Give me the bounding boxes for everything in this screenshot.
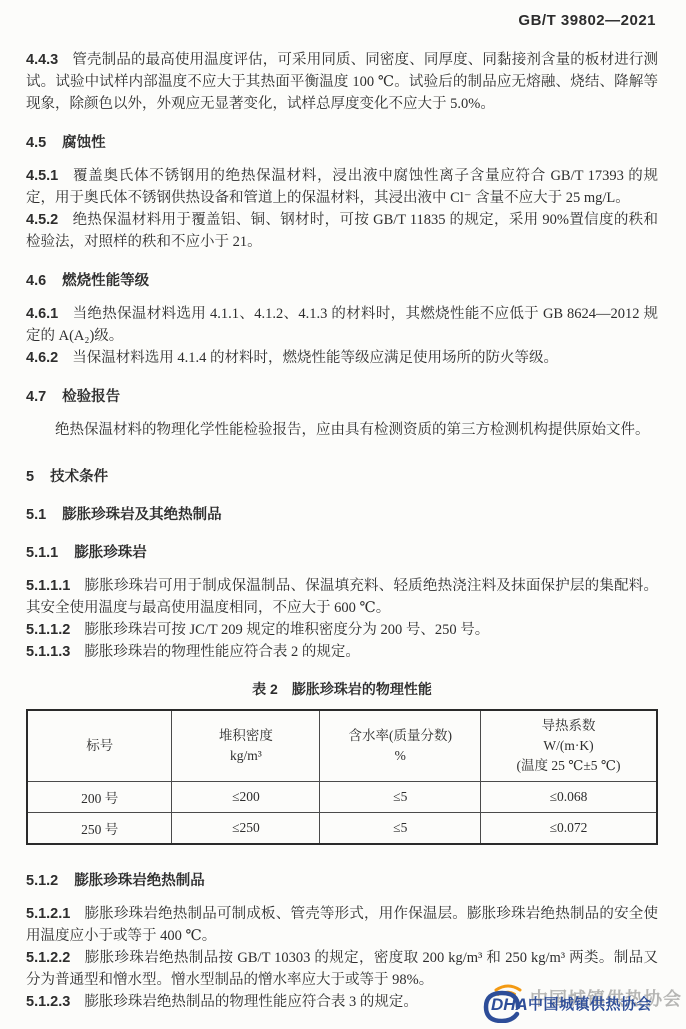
header-line: 含水率(质量分数) [324, 726, 476, 746]
table-cell: ≤250 [172, 813, 320, 845]
heading-title: 膨胀珍珠岩绝热制品 [74, 873, 205, 889]
table-2-caption: 表 2 膨胀珍珠岩的物理性能 [26, 679, 658, 699]
header-line: kg/m³ [176, 746, 315, 766]
clause-text: 当绝热保温材料选用 4.1.1、4.1.2、4.1.3 的材料时，其燃烧性能不应… [26, 306, 658, 344]
clause-number: 4.6.1 [26, 306, 58, 322]
heading-title: 腐蚀性 [62, 135, 106, 151]
clause-number: 5.1.2.3 [26, 994, 70, 1010]
heading-number: 5.1.2 [26, 873, 58, 889]
heading-title: 检验报告 [62, 389, 120, 405]
heading-number: 4.5 [26, 135, 46, 151]
heading-number: 5.1 [26, 507, 46, 523]
heading-number: 4.7 [26, 389, 46, 405]
clause-text: 膨胀珍珠岩的物理性能应符合表 2 的规定。 [84, 644, 360, 660]
table-header-cell-thermal-conductivity: 导热系数 W/(m·K) (温度 25 ℃±5 ℃) [481, 710, 657, 782]
header-line: (温度 25 ℃±5 ℃) [485, 756, 652, 776]
table-cell: 200 号 [27, 782, 172, 813]
clause-text: 膨胀珍珠岩可按 JC/T 209 规定的堆积密度分为 200 号、250 号。 [84, 622, 489, 638]
heading-4-7: 4.7检验报告 [26, 387, 658, 407]
clause-5-1-1-1: 5.1.1.1膨胀珍珠岩可用于制成保温制品、保温填充料、轻质绝热浇注料及抹面保护… [26, 575, 658, 619]
clause-5-1-1-3: 5.1.1.3膨胀珍珠岩的物理性能应符合表 2 的规定。 [26, 641, 658, 663]
table-cell: ≤0.068 [481, 782, 657, 813]
heading-title: 膨胀珍珠岩 [74, 545, 147, 561]
clause-4-5-2: 4.5.2绝热保温材料用于覆盖铝、铜、钢材时，可按 GB/T 11835 的规定… [26, 209, 658, 253]
clause-number: 5.1.1.1 [26, 578, 70, 594]
heading-5-1-1: 5.1.1膨胀珍珠岩 [26, 543, 658, 563]
heading-5: 5技术条件 [26, 467, 658, 487]
table-header-cell-moisture: 含水率(质量分数) % [320, 710, 481, 782]
dha-association-watermark: DHA 中国城镇供热协会 中国城镇供热协会 [480, 979, 670, 1023]
heading-number: 5 [26, 469, 34, 485]
clause-number: 4.5.2 [26, 212, 58, 228]
table-header-cell-bulk-density: 堆积密度 kg/m³ [172, 710, 320, 782]
table-cell: 250 号 [27, 813, 172, 845]
dha-logo-icon: DHA [480, 983, 532, 1023]
clause-text: 覆盖奥氏体不锈钢用的绝热保温材料，浸出液中腐蚀性离子含量应符合 GB/T 173… [26, 168, 658, 206]
clause-text: 管壳制品的最高使用温度评估，可采用同质、同密度、同厚度、同黏接剂含量的板材进行测… [26, 52, 658, 112]
clause-number: 4.6.2 [26, 350, 58, 366]
heading-4-5: 4.5腐蚀性 [26, 133, 658, 153]
clause-4-5-1: 4.5.1覆盖奥氏体不锈钢用的绝热保温材料，浸出液中腐蚀性离子含量应符合 GB/… [26, 165, 658, 209]
clause-number: 5.1.2.1 [26, 906, 70, 922]
clause-text: 膨胀珍珠岩绝热制品可制成板、管壳等形式，用作保温层。膨胀珍珠岩绝热制品的安全使用… [26, 906, 658, 944]
table-header-row: 标号 堆积密度 kg/m³ 含水率(质量分数) % 导热系数 W/(m·K) (… [27, 710, 657, 782]
clause-5-1-1-2: 5.1.1.2膨胀珍珠岩可按 JC/T 209 规定的堆积密度分为 200 号、… [26, 619, 658, 641]
clause-text: 绝热保温材料的物理化学性能检验报告，应由具有检测资质的第三方检测机构提供原始文件… [55, 422, 650, 438]
clause-text: 膨胀珍珠岩绝热制品的物理性能应符合表 3 的规定。 [84, 994, 418, 1010]
heading-5-1: 5.1膨胀珍珠岩及其绝热制品 [26, 505, 658, 525]
heading-title: 技术条件 [50, 469, 108, 485]
heading-4-6: 4.6燃烧性能等级 [26, 271, 658, 291]
clause-number: 4.5.1 [26, 168, 58, 184]
standard-number: GB/T 39802—2021 [26, 12, 656, 29]
paragraph-4-7: 绝热保温材料的物理化学性能检验报告，应由具有检测资质的第三方检测机构提供原始文件… [26, 419, 658, 441]
heading-5-1-2: 5.1.2膨胀珍珠岩绝热制品 [26, 871, 658, 891]
clause-text: 绝热保温材料用于覆盖铝、铜、钢材时，可按 GB/T 11835 的规定，采用 9… [26, 212, 658, 250]
org-name: 中国城镇供热协会 [528, 993, 652, 1014]
org-name-wrap: 中国城镇供热协会 中国城镇供热协会 [528, 987, 670, 1019]
heading-title: 膨胀珍珠岩及其绝热制品 [62, 507, 222, 523]
table-row: 250 号 ≤250 ≤5 ≤0.072 [27, 813, 657, 845]
header-line: 堆积密度 [176, 726, 315, 746]
table-cell: ≤5 [320, 813, 481, 845]
heading-number: 4.6 [26, 273, 46, 289]
table-2-perlite-physical-properties: 标号 堆积密度 kg/m³ 含水率(质量分数) % 导热系数 W/(m·K) (… [26, 709, 658, 845]
clause-4-6-1: 4.6.1当绝热保温材料选用 4.1.1、4.1.2、4.1.3 的材料时，其燃… [26, 303, 658, 347]
document-page: GB/T 39802—2021 4.4.3管壳制品的最高使用温度评估，可采用同质… [0, 0, 686, 1029]
clause-5-1-2-1: 5.1.2.1膨胀珍珠岩绝热制品可制成板、管壳等形式，用作保温层。膨胀珍珠岩绝热… [26, 903, 658, 947]
clause-text: 膨胀珍珠岩可用于制成保温制品、保温填充料、轻质绝热浇注料及抹面保护层的集配料。其… [26, 578, 658, 616]
table-row: 200 号 ≤200 ≤5 ≤0.068 [27, 782, 657, 813]
heading-title: 燃烧性能等级 [62, 273, 149, 289]
dha-abbreviation: DHA [491, 995, 528, 1015]
table-header-cell-grade: 标号 [27, 710, 172, 782]
header-line: 标号 [32, 736, 167, 756]
clause-number: 5.1.2.2 [26, 950, 70, 966]
clause-4-4-3: 4.4.3管壳制品的最高使用温度评估，可采用同质、同密度、同厚度、同黏接剂含量的… [26, 49, 658, 115]
table-cell: ≤0.072 [481, 813, 657, 845]
table-cell: ≤200 [172, 782, 320, 813]
clause-text: 当保温材料选用 4.1.4 的材料时，燃烧性能等级应满足使用场所的防火等级。 [72, 350, 558, 366]
table-cell: ≤5 [320, 782, 481, 813]
clause-number: 5.1.1.2 [26, 622, 70, 638]
clause-number: 5.1.1.3 [26, 644, 70, 660]
header-line: % [324, 746, 476, 766]
clause-number: 4.4.3 [26, 52, 58, 68]
header-line: W/(m·K) [485, 736, 652, 756]
heading-number: 5.1.1 [26, 545, 58, 561]
clause-4-6-2: 4.6.2当保温材料选用 4.1.4 的材料时，燃烧性能等级应满足使用场所的防火… [26, 347, 658, 369]
header-line: 导热系数 [485, 716, 652, 736]
